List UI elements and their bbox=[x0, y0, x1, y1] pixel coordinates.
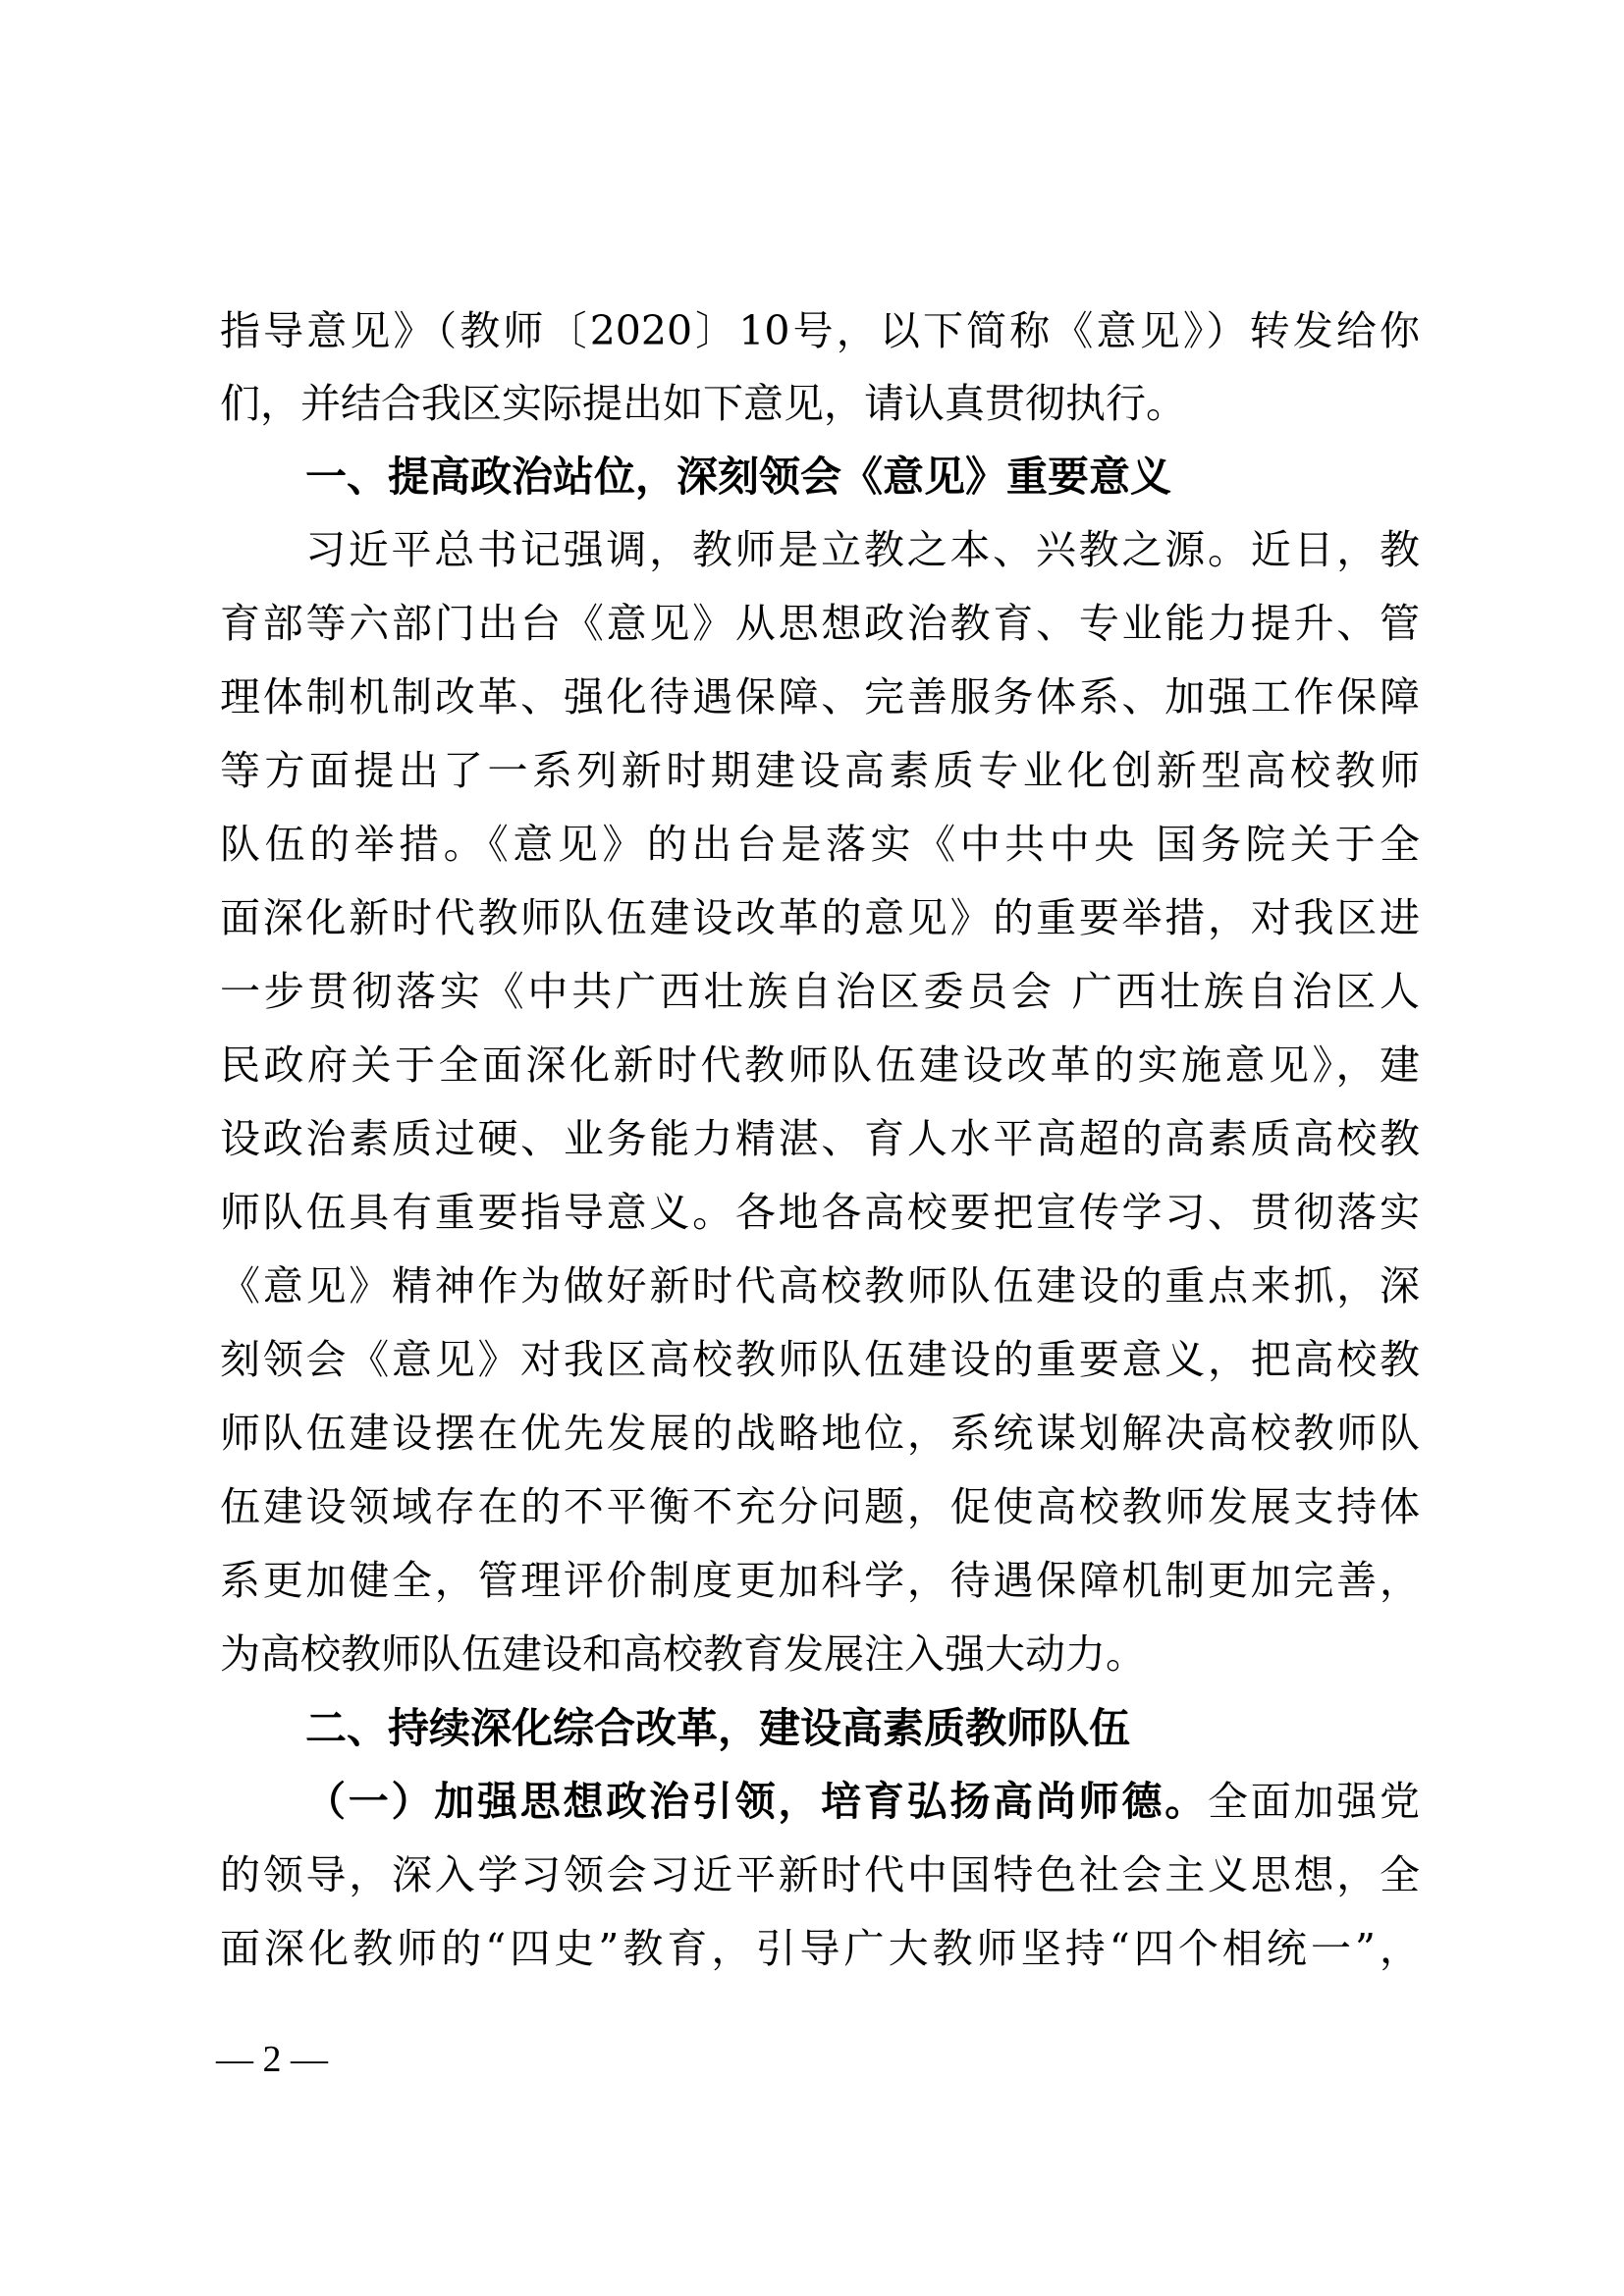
body-line: 等方面提出了一系列新时期建设高素质专业化创新型高校教师 bbox=[220, 734, 1420, 808]
body-line: 们，并结合我区实际提出如下意见，请认真贯彻执行。 bbox=[220, 367, 1420, 441]
body-line: 《意见》精神作为做好新时代高校教师队伍建设的重点来抓，深 bbox=[220, 1250, 1420, 1323]
body-line: 设政治素质过硬、业务能力精湛、育人水平高超的高素质高校教 bbox=[220, 1102, 1420, 1176]
body-text: 全面加强党 bbox=[1208, 1778, 1420, 1825]
subheading-1: （一）加强思想政治引领，培育弘扬高尚师德。 bbox=[305, 1779, 1208, 1824]
body-line: 为高校教师队伍建设和高校教育发展注入强大动力。 bbox=[220, 1618, 1420, 1691]
body-line: 育部等六部门出台《意见》从思想政治教育、专业能力提升、管 bbox=[220, 587, 1420, 661]
body-line: 习近平总书记强调，教师是立教之本、兴教之源。近日，教 bbox=[305, 513, 1420, 587]
section-heading-2: 二、持续深化综合改革，建设高素质教师队伍 bbox=[305, 1691, 1420, 1765]
subsection-line: （一）加强思想政治引领，培育弘扬高尚师德。全面加强党 bbox=[305, 1765, 1420, 1839]
body-line: 面深化新时代教师队伍建设改革的意见》的重要举措，对我区进 bbox=[220, 881, 1420, 955]
body-line: 系更加健全，管理评价制度更加科学，待遇保障机制更加完善， bbox=[220, 1544, 1420, 1618]
body-line: 民政府关于全面深化新时代教师队伍建设改革的实施意见》，建 bbox=[220, 1029, 1420, 1102]
body-line: 的领导，深入学习领会习近平新时代中国特色社会主义思想，全 bbox=[220, 1839, 1420, 1912]
body-line: 师队伍具有重要指导意义。各地各高校要把宣传学习、贯彻落实 bbox=[220, 1176, 1420, 1250]
body-line: 队伍的举措。《意见》的出台是落实《中共中央 国务院关于全 bbox=[220, 808, 1420, 881]
body-line: 一步贯彻落实《中共广西壮族自治区委员会 广西壮族自治区人 bbox=[220, 955, 1420, 1029]
section-heading-1: 一、提高政治站位，深刻领会《意见》重要意义 bbox=[305, 440, 1420, 513]
page-number: — 2 — bbox=[216, 2038, 328, 2081]
body-line: 理体制机制改革、强化待遇保障、完善服务体系、加强工作保障 bbox=[220, 661, 1420, 734]
document-page: 指导意见》（教师〔2020〕10号，以下简称《意见》）转发给你 们，并结合我区实… bbox=[0, 0, 1624, 2296]
body-line: 师队伍建设摆在优先发展的战略地位，系统谋划解决高校教师队 bbox=[220, 1397, 1420, 1470]
body-line: 伍建设领域存在的不平衡不充分问题，促使高校教师发展支持体 bbox=[220, 1470, 1420, 1544]
body-line: 指导意见》（教师〔2020〕10号，以下简称《意见》）转发给你 bbox=[220, 294, 1420, 368]
body-line: 面深化教师的“四史”教育，引导广大教师坚持“四个相统一”， bbox=[220, 1912, 1420, 1986]
body-line: 刻领会《意见》对我区高校教师队伍建设的重要意义，把高校教 bbox=[220, 1323, 1420, 1397]
